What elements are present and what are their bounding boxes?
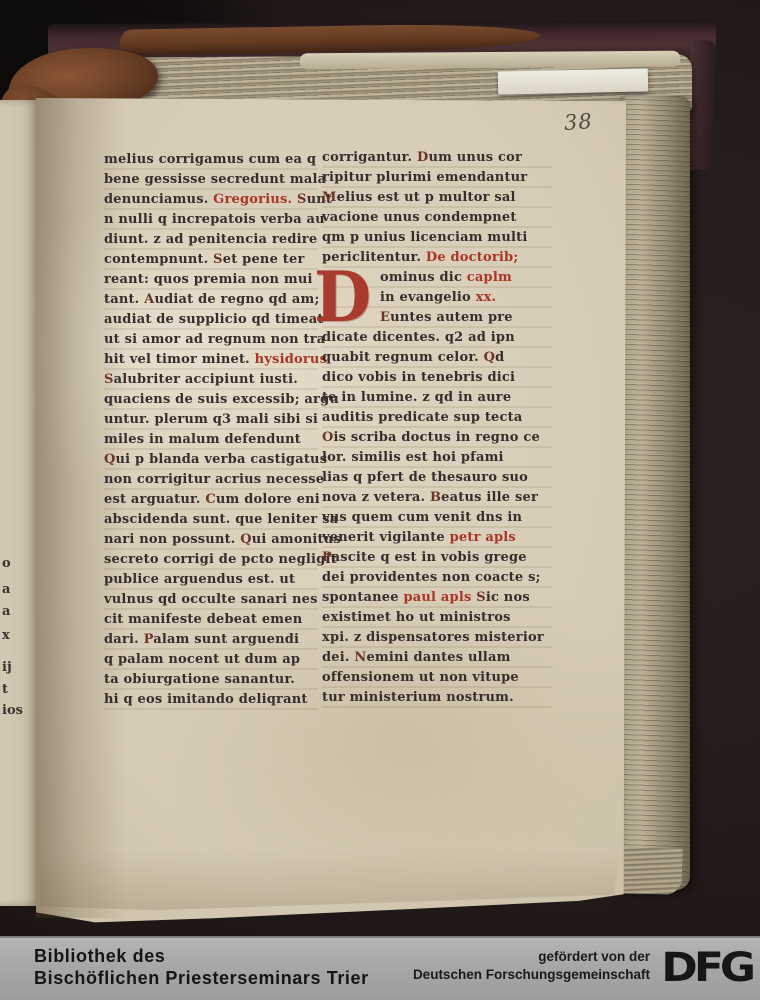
manuscript-text-line: xpi. z dispensatores misterior xyxy=(322,628,552,648)
manuscript-text: secreto corrigi de pcto negligit xyxy=(104,552,337,567)
manuscript-text: tur ministerium nostrum. xyxy=(322,690,514,705)
manuscript-text: ascite q est in vobis grege xyxy=(332,550,527,565)
manuscript-text: quaciens de suis excessib; argu xyxy=(104,392,339,407)
manuscript-text: B xyxy=(430,490,441,505)
manuscript-text: quabit regnum celor. xyxy=(322,350,484,365)
marginal-letter-fragment: x xyxy=(2,628,10,643)
manuscript-text: ominus dic xyxy=(380,270,467,285)
manuscript-text-line: vacione unus condempnet xyxy=(322,208,552,228)
manuscript-text-line: dico vobis in tenebris dici xyxy=(322,368,552,388)
manuscript-text: ripitur plurimi emendantur xyxy=(322,170,527,185)
manuscript-text-line: ut si amor ad regnum non tra xyxy=(104,330,318,350)
manuscript-text: xpi. z dispensatores misterior xyxy=(322,630,544,645)
marginalia-fragments: oaaxijtios xyxy=(0,0,40,1000)
manuscript-text: lias q pfert de thesauro suo xyxy=(322,470,528,485)
marginal-letter-fragment: ios xyxy=(2,703,23,718)
manuscript-text: A xyxy=(144,292,154,307)
manuscript-text-line: Ois scriba doctus in regno ce xyxy=(322,428,552,448)
manuscript-text-line: Qui p blanda verba castigatus xyxy=(104,450,318,470)
manuscript-text: emini dantes ullam xyxy=(366,650,510,665)
paper-bookmark-slip xyxy=(498,68,648,94)
folio-number: 38 xyxy=(563,109,593,135)
manuscript-text: dari. xyxy=(104,632,144,647)
manuscript-text: C xyxy=(205,492,216,507)
manuscript-text: audiat de supplicio qd timeat xyxy=(104,312,324,327)
manuscript-text: q palam nocent ut dum ap xyxy=(104,652,300,667)
manuscript-text: d xyxy=(495,350,504,365)
manuscript-text: hit vel timor minet. xyxy=(104,352,255,367)
manuscript-text: lor. similis est hoi pfami xyxy=(322,450,504,465)
manuscript-text: offensionem ut non vitupe xyxy=(322,670,519,685)
manuscript-text: est arguatur. xyxy=(104,492,205,507)
manuscript-text: abscidenda sunt. que leniter sa xyxy=(104,512,338,527)
manuscript-text: hi q eos imitando deliqrant xyxy=(104,692,308,707)
manuscript-text: non corrigitur acrius necesse xyxy=(104,472,324,487)
manuscript-text-line: nova z vetera. Beatus ille ser xyxy=(322,488,552,508)
manuscript-text: Q xyxy=(240,532,252,547)
manuscript-text-line: spontanee paul apls Sic nos xyxy=(322,588,552,608)
manuscript-text: auditis predicate sup tecta xyxy=(322,410,522,425)
rubric-text: caplm xyxy=(467,270,512,285)
manuscript-text: qm p unius licenciam multi xyxy=(322,230,528,245)
manuscript-text-line: dei. Nemini dantes ullam xyxy=(322,648,552,668)
dfg-logo: DFG xyxy=(661,944,752,991)
manuscript-text: in evangelio xyxy=(380,290,476,305)
manuscript-text: cit manifeste debeat emen xyxy=(104,612,302,627)
manuscript-text: M xyxy=(322,190,337,205)
manuscript-text-line: miles in malum defendunt xyxy=(104,430,318,450)
page-curl-highlight xyxy=(300,51,680,70)
manuscript-text: untes autem pre xyxy=(390,310,513,325)
manuscript-text-line: corrigantur. Dum unus cor xyxy=(322,148,552,168)
manuscript-text-line: te in lumine. z qd in aure xyxy=(322,388,552,408)
rubric-text: paul apls xyxy=(403,590,476,605)
manuscript-text: P xyxy=(322,550,332,565)
manuscript-text: diunt. z ad penitencia redire xyxy=(104,232,317,247)
manuscript-text-line: denunciamus. Gregorius. Sunt xyxy=(104,190,318,210)
text-column-right: corrigantur. Dum unus corripitur plurimi… xyxy=(322,148,552,708)
manuscript-text: vus quem cum venit dns in xyxy=(322,510,522,525)
manuscript-text-line: dari. Palam sunt arguendi xyxy=(104,630,318,650)
rubric-text: Gregorius. xyxy=(213,192,297,207)
manuscript-text-line: Pascite q est in vobis grege xyxy=(322,548,552,568)
manuscript-text: dei. xyxy=(322,650,354,665)
manuscript-text-line: ta obiurgatione sanantur. xyxy=(104,670,318,690)
library-name-line1: Bibliothek des xyxy=(34,945,369,967)
manuscript-text: reant: quos premia non mui xyxy=(104,272,313,287)
manuscript-text-line: tant. Audiat de regno qd am; xyxy=(104,290,318,310)
manuscript-text: vacione unus condempnet xyxy=(322,210,517,225)
manuscript-text: eatus ille ser xyxy=(441,490,538,505)
manuscript-text: O xyxy=(322,430,334,445)
manuscript-text-line: Melius est ut p multor sal xyxy=(322,188,552,208)
manuscript-text-line: lias q pfert de thesauro suo xyxy=(322,468,552,488)
manuscript-text: alam sunt arguendi xyxy=(153,632,299,647)
manuscript-text-line: offensionem ut non vitupe xyxy=(322,668,552,688)
manuscript-text: P xyxy=(144,632,154,647)
manuscript-text-line: vulnus qd occulte sanari nes xyxy=(104,590,318,610)
manuscript-text-line: untur. plerum q3 mali sibi si xyxy=(104,410,318,430)
funding-credit-line2: Deutschen Forschungsgemeinschaft xyxy=(413,966,650,984)
manuscript-text-line: venerit vigilante petr apls xyxy=(322,528,552,548)
manuscript-text: ui p blanda verba castigatus xyxy=(116,452,328,467)
manuscript-text-line: secreto corrigi de pcto negligit xyxy=(104,550,318,570)
book-fore-edge xyxy=(620,96,690,890)
manuscript-text-line: non corrigitur acrius necesse xyxy=(104,470,318,490)
marginal-letter-fragment: t xyxy=(2,682,8,697)
funding-credit-line1: gefördert von der xyxy=(413,948,650,966)
rubricated-initial: D xyxy=(314,264,371,329)
manuscript-text-line: abscidenda sunt. que leniter sa xyxy=(104,510,318,530)
rubric-text: De doctorib; xyxy=(426,250,519,265)
manuscript-text-line: auditis predicate sup tecta xyxy=(322,408,552,428)
manuscript-text-line: diunt. z ad penitencia redire xyxy=(104,230,318,250)
manuscript-text-line: audiat de supplicio qd timeat xyxy=(104,310,318,330)
manuscript-text: Q xyxy=(484,350,496,365)
manuscript-text-line: publice arguendus est. ut xyxy=(104,570,318,590)
manuscript-text: Q xyxy=(104,452,116,467)
marginal-letter-fragment: a xyxy=(2,582,10,597)
marginal-letter-fragment: a xyxy=(2,604,10,619)
manuscript-text: S xyxy=(213,252,223,267)
manuscript-text: S xyxy=(476,590,486,605)
funding-credit: gefördert von der Deutschen Forschungsge… xyxy=(413,948,650,984)
rubric-text: petr apls xyxy=(450,530,516,545)
manuscript-text: publice arguendus est. ut xyxy=(104,572,295,587)
manuscript-text: alubriter accipiunt iusti. xyxy=(114,372,298,387)
book-fore-edge-bottom xyxy=(615,847,682,895)
manuscript-text: tant. xyxy=(104,292,144,307)
manuscript-text: nari non possunt. xyxy=(104,532,240,547)
digitized-manuscript-viewer: 38 oaaxijtios melius corrigamus cum ea q… xyxy=(0,0,760,1000)
manuscript-text: nova z vetera. xyxy=(322,490,430,505)
manuscript-text: um dolore eni xyxy=(216,492,320,507)
manuscript-text: E xyxy=(380,310,390,325)
manuscript-text: udiat de regno qd am; xyxy=(154,292,319,307)
manuscript-text: ic nos xyxy=(486,590,530,605)
manuscript-text-line: quabit regnum celor. Qd xyxy=(322,348,552,368)
manuscript-text: untur. plerum q3 mali sibi si xyxy=(104,412,318,427)
library-name-line2: Bischöflichen Priesterseminars Trier xyxy=(34,967,369,989)
manuscript-text: elius est ut p multor sal xyxy=(337,190,516,205)
digitization-footer-bar: Bibliothek des Bischöflichen Priestersem… xyxy=(0,936,760,1000)
manuscript-text: miles in malum defendunt xyxy=(104,432,301,447)
manuscript-text: S xyxy=(297,192,307,207)
manuscript-text-line: cit manifeste debeat emen xyxy=(104,610,318,630)
text-column-left: melius corrigamus cum ea qbene gessisse … xyxy=(104,150,318,710)
manuscript-text-line: existimet ho ut ministros xyxy=(322,608,552,628)
manuscript-text-line: q palam nocent ut dum ap xyxy=(104,650,318,670)
manuscript-text-line: lor. similis est hoi pfami xyxy=(322,448,552,468)
manuscript-text: um unus cor xyxy=(428,150,522,165)
manuscript-text-line: nari non possunt. Qui amonitus xyxy=(104,530,318,550)
rubric-text: xx. xyxy=(476,290,497,305)
manuscript-text-line: tur ministerium nostrum. xyxy=(322,688,552,708)
manuscript-text: et pene ter xyxy=(223,252,305,267)
manuscript-text-line: quaciens de suis excessib; argu xyxy=(104,390,318,410)
marginal-letter-fragment: ij xyxy=(2,660,12,675)
manuscript-text: N xyxy=(354,650,366,665)
manuscript-text-line: reant: quos premia non mui xyxy=(104,270,318,290)
manuscript-text: melius corrigamus cum ea q xyxy=(104,152,316,167)
manuscript-text: contempnunt. xyxy=(104,252,213,267)
marginal-letter-fragment: o xyxy=(2,556,11,571)
manuscript-text: S xyxy=(104,372,114,387)
manuscript-text: dico vobis in tenebris dici xyxy=(322,370,515,385)
manuscript-text-line: n nulli q increpatois verba au xyxy=(104,210,318,230)
manuscript-text-line: dei providentes non coacte s; xyxy=(322,568,552,588)
manuscript-text: dei providentes non coacte s; xyxy=(322,570,541,585)
manuscript-text: is scriba doctus in regno ce xyxy=(334,430,540,445)
manuscript-text-line: vus quem cum venit dns in xyxy=(322,508,552,528)
manuscript-text: n nulli q increpatois verba au xyxy=(104,212,325,227)
manuscript-text: ut si amor ad regnum non tra xyxy=(104,332,325,347)
manuscript-text: venerit vigilante xyxy=(322,530,450,545)
manuscript-text-line: bene gessisse secredunt mala xyxy=(104,170,318,190)
library-name: Bibliothek des Bischöflichen Priestersem… xyxy=(34,945,369,989)
manuscript-text-line: hi q eos imitando deliqrant xyxy=(104,690,318,710)
manuscript-text: bene gessisse secredunt mala xyxy=(104,172,326,187)
manuscript-text-line: ripitur plurimi emendantur xyxy=(322,168,552,188)
manuscript-text: vulnus qd occulte sanari nes xyxy=(104,592,318,607)
manuscript-text: te in lumine. z qd in aure xyxy=(322,390,511,405)
manuscript-text: ta obiurgatione sanantur. xyxy=(104,672,295,687)
manuscript-text: corrigantur. xyxy=(322,150,417,165)
manuscript-text: existimet ho ut ministros xyxy=(322,610,511,625)
manuscript-text-line: contempnunt. Set pene ter xyxy=(104,250,318,270)
manuscript-text: spontanee xyxy=(322,590,403,605)
manuscript-text-line: qm p unius licenciam multi xyxy=(322,228,552,248)
manuscript-text-line: est arguatur. Cum dolore eni xyxy=(104,490,318,510)
manuscript-text-line: Salubriter accipiunt iusti. xyxy=(104,370,318,390)
rubric-text: hysidorus xyxy=(255,352,327,367)
manuscript-text: denunciamus. xyxy=(104,192,213,207)
manuscript-text: D xyxy=(417,150,428,165)
manuscript-text-line: melius corrigamus cum ea q xyxy=(104,150,318,170)
manuscript-text-line: hit vel timor minet. hysidorus xyxy=(104,350,318,370)
